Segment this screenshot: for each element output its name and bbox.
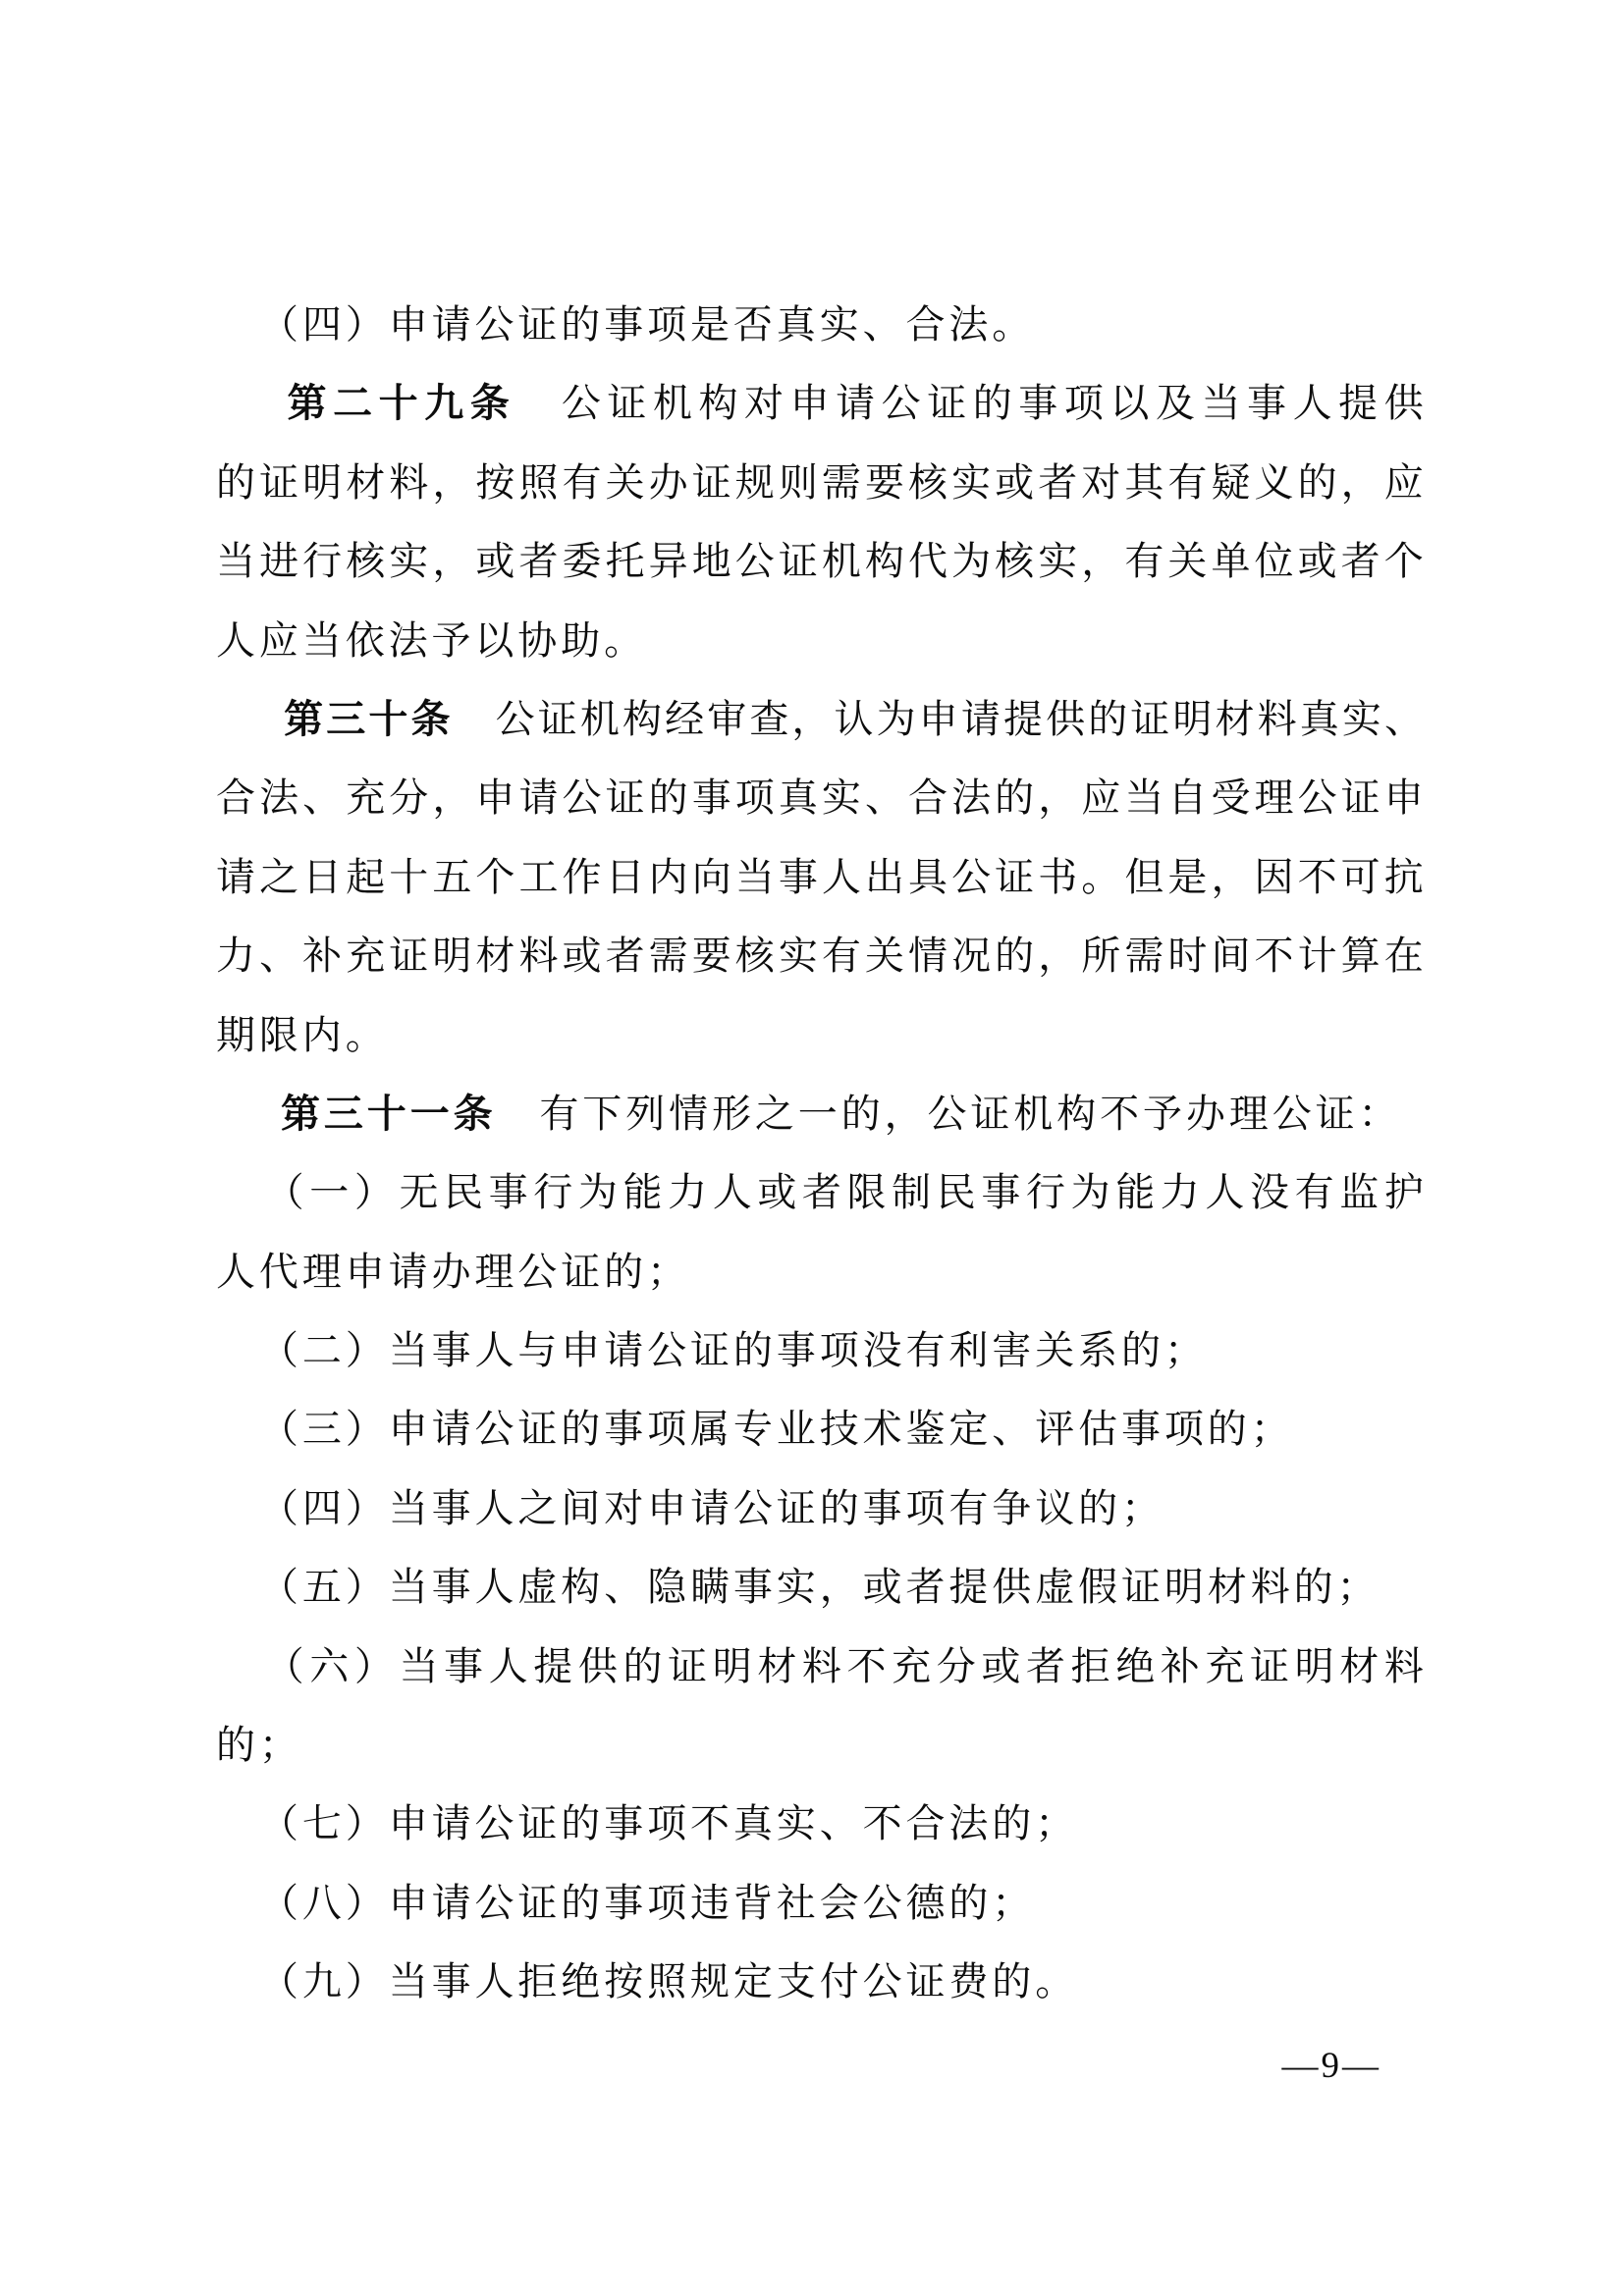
body-char: 或 [563, 917, 602, 995]
text-line: （八）申请公证的事项违背社会公德的； [216, 1864, 1424, 1943]
body-char: 者 [1026, 1628, 1065, 1706]
paragraph-indent [216, 1126, 281, 1127]
body-char: 关 [865, 917, 904, 995]
body-char: 构 [698, 364, 737, 443]
body-char: 关 [1167, 522, 1207, 601]
body-char: ， [1341, 444, 1380, 522]
body-text: 人代理申请办理公证的； [216, 1250, 690, 1294]
body-char: 行 [1026, 1153, 1065, 1232]
body-char: 补 [302, 917, 342, 995]
body-char: 证 [1341, 759, 1380, 837]
body-char: 五 [432, 838, 471, 917]
body-char: 公 [563, 759, 602, 837]
body-char [515, 364, 555, 443]
body-char: 分 [389, 759, 428, 837]
body-char: ） [354, 1628, 394, 1706]
body-text: 的； [216, 1723, 302, 1767]
body-text: （五）当事人虚构、隐瞒事实，或者提供虚假证明材料的； [259, 1565, 1380, 1609]
body-char: 公 [496, 680, 535, 759]
body-char: 实 [951, 444, 991, 522]
body-char: 合 [908, 759, 947, 837]
paragraph-indent [216, 337, 259, 338]
body-char: 理 [1255, 759, 1294, 837]
body-char: 异 [649, 522, 688, 601]
body-char: 自 [1167, 759, 1207, 837]
body-char: 明 [1295, 1628, 1334, 1706]
body-char: 但 [1124, 838, 1164, 917]
body-char: 则 [779, 444, 818, 522]
body-char: 公 [1298, 759, 1337, 837]
body-char: 或 [981, 1628, 1020, 1706]
body-char: 有 [1167, 444, 1207, 522]
body-char: 作 [563, 838, 602, 917]
paragraph-indent [216, 1599, 259, 1600]
body-char: ， [791, 680, 831, 759]
body-char: 材 [346, 444, 385, 522]
text-line: （五）当事人虚构、隐瞒事实，或者提供虚假证明材料的； [216, 1548, 1424, 1627]
body-char: 证 [1130, 680, 1169, 759]
body-char: 力 [1161, 1153, 1200, 1232]
body-char: 工 [518, 838, 558, 917]
body-char: 法 [951, 759, 991, 837]
body-char: 护 [1384, 1153, 1424, 1232]
text-line: （四）申请公证的事项是否真实、合法。 [216, 286, 1424, 364]
body-char: 证 [259, 444, 298, 522]
body-char: 行 [533, 1153, 572, 1232]
body-char: 请 [518, 759, 558, 837]
body-char: 地 [692, 522, 731, 601]
body-char: 的 [623, 1628, 662, 1706]
text-line: 第三十条 公证机构经审查，认为申请提供的证明材料真实、 [216, 680, 1424, 759]
body-char: 按 [475, 444, 514, 522]
body-char: 义 [1255, 444, 1294, 522]
body-text: （四）申请公证的事项是否真实、合法。 [259, 302, 1035, 347]
body-char: 查 [749, 680, 788, 759]
body-char: 真 [779, 759, 818, 837]
body-char: 个 [1384, 522, 1424, 601]
body-char: 照 [518, 444, 558, 522]
body-char: 证 [692, 444, 731, 522]
body-char: 民 [937, 1153, 976, 1232]
body-char: 不 [1255, 917, 1294, 995]
paragraph-indent [216, 1521, 259, 1522]
body-char: 无 [399, 1153, 438, 1232]
body-char: 的 [649, 759, 688, 837]
body-char: 有 [1124, 522, 1164, 601]
body-char: 民 [444, 1153, 483, 1232]
body-char: 料 [518, 917, 558, 995]
page-number: —9— [1282, 2045, 1382, 2088]
body-char: 及 [1156, 364, 1195, 443]
body-char: 当 [1201, 364, 1240, 443]
body-char: 明 [1172, 680, 1212, 759]
text-line: 的； [216, 1706, 1424, 1785]
body-char: 实 [1038, 522, 1077, 601]
body-char: ， [1211, 838, 1250, 917]
article-number-char: 第 [284, 680, 323, 759]
body-char: 时 [1167, 917, 1207, 995]
article-number-char: 条 [470, 364, 510, 443]
body-text: 期限内。 [216, 1013, 389, 1057]
body-char: 事 [779, 838, 818, 917]
body-char: 可 [1341, 838, 1380, 917]
body-char: 充 [346, 759, 385, 837]
body-char: 分 [937, 1628, 976, 1706]
body-char: 。 [1081, 838, 1120, 917]
body-char: 请 [836, 364, 875, 443]
text-line: （三）申请公证的事项属专业技术鉴定、评估事项的； [216, 1390, 1424, 1468]
body-char: 经 [665, 680, 704, 759]
paragraph-indent [216, 1362, 259, 1363]
paragraph-indent [216, 720, 281, 721]
body-char: 认 [835, 680, 874, 759]
body-char: 办 [649, 444, 688, 522]
body-char: 证 [606, 759, 645, 837]
body-char: 构 [623, 680, 662, 759]
body-char: 的 [973, 364, 1012, 443]
body-char: 绝 [1115, 1628, 1155, 1706]
body-char: 的 [1088, 680, 1127, 759]
body-char: 在 [1384, 917, 1424, 995]
body-char: 对 [744, 364, 784, 443]
body-char: 情 [908, 917, 947, 995]
body-char: ， [1038, 917, 1077, 995]
text-line: 请之日起十五个工作日内向当事人出具公证书。但是，因不可抗 [216, 838, 1424, 917]
text-line: 合法、充分，申请公证的事项真实、合法的，应当自受理公证申 [216, 759, 1424, 837]
body-char: 当 [399, 1628, 438, 1706]
body-char: ， [432, 759, 471, 837]
body-char: 制 [892, 1153, 931, 1232]
text-line: 当进行核实，或者委托异地公证机构代为核实，有关单位或者个 [216, 522, 1424, 601]
body-text: （二）当事人与申请公证的事项没有利害关系的； [259, 1328, 1208, 1372]
body-char: 出 [865, 838, 904, 917]
paragraph-indent [216, 403, 281, 404]
body-char: 为 [1071, 1153, 1110, 1232]
body-char: 审 [707, 680, 746, 759]
body-char: 合 [216, 759, 255, 837]
text-line: 第二十九条 公证机构对申请公证的事项以及当事人提供 [216, 364, 1424, 443]
body-char: 人 [713, 1153, 752, 1232]
body-char: 委 [563, 522, 602, 601]
body-char: 者 [1341, 522, 1380, 601]
text-line: （六）当事人提供的证明材料不充分或者拒绝补充证明材料 [216, 1628, 1424, 1706]
article-number-char: 三 [326, 680, 365, 759]
body-char: 材 [1339, 1628, 1379, 1706]
document-page: （四）申请公证的事项是否真实、合法。第二十九条 公证机构对申请公证的事项以及当事… [0, 0, 1624, 2296]
body-char: 申 [475, 759, 514, 837]
body-char: 构 [865, 522, 904, 601]
body-char: 的 [995, 917, 1034, 995]
body-char: 证 [995, 838, 1034, 917]
article-number-char: 条 [410, 680, 450, 759]
body-char: 应 [1384, 444, 1424, 522]
text-block: （四）申请公证的事项是否真实、合法。第二十九条 公证机构对申请公证的事项以及当事… [216, 286, 1424, 2022]
body-char: 代 [908, 522, 947, 601]
body-char: 事 [1018, 364, 1057, 443]
body-char: 项 [735, 759, 775, 837]
body-char: 没 [1250, 1153, 1289, 1232]
body-char: （ [265, 1153, 304, 1232]
body-char: 申 [790, 364, 830, 443]
body-text: 人应当依法予以协助。 [216, 618, 647, 663]
body-char: 公 [735, 522, 775, 601]
body-char: 供 [1384, 364, 1424, 443]
body-text: （九）当事人拒绝按照规定支付公证费的。 [259, 1959, 1078, 2003]
body-char: 明 [432, 917, 471, 995]
body-char: 或 [995, 444, 1034, 522]
text-line: （七）申请公证的事项不真实、不合法的； [216, 1785, 1424, 1863]
body-char: 疑 [1211, 444, 1250, 522]
body-char: 证 [668, 1628, 707, 1706]
body-char: 公 [951, 838, 991, 917]
body-char: 充 [1205, 1628, 1244, 1706]
body-char: 明 [302, 444, 342, 522]
body-char: 向 [692, 838, 731, 917]
text-line: 人应当依法予以协助。 [216, 602, 1424, 680]
body-char: 事 [1247, 364, 1286, 443]
article-number-char: 十 [379, 364, 418, 443]
body-char: 料 [389, 444, 428, 522]
body-char: 需 [1124, 917, 1164, 995]
body-char: 是 [1167, 838, 1207, 917]
body-char: 证 [927, 364, 966, 443]
text-line: 人代理申请办理公证的； [216, 1233, 1424, 1311]
body-char: 不 [847, 1628, 887, 1706]
body-char: 事 [981, 1153, 1020, 1232]
body-char: 法 [259, 759, 298, 837]
body-char: 者 [518, 522, 558, 601]
body-char: 要 [865, 444, 904, 522]
body-char: ） [354, 1153, 394, 1232]
body-char: 算 [1341, 917, 1380, 995]
body-char: 核 [908, 444, 947, 522]
body-char: 关 [606, 444, 645, 522]
body-char: 不 [1298, 838, 1337, 917]
body-char: ， [432, 522, 471, 601]
body-char: 材 [757, 1628, 796, 1706]
body-char: 书 [1038, 838, 1077, 917]
body-char: 力 [668, 1153, 707, 1232]
paragraph-indent [216, 1666, 259, 1667]
body-char: 补 [1161, 1628, 1200, 1706]
body-char: 料 [1258, 680, 1297, 759]
body-char: 、 [865, 759, 904, 837]
body-char: 提 [533, 1628, 572, 1706]
text-line: 力、补充证明材料或者需要核实有关情况的，所需时间不计算在 [216, 917, 1424, 995]
body-char: 能 [623, 1153, 662, 1232]
body-char: 机 [822, 522, 861, 601]
text-line: 期限内。 [216, 996, 1424, 1075]
body-char: 其 [1124, 444, 1164, 522]
body-char: 进 [259, 522, 298, 601]
body-text: （八）申请公证的事项违背社会公德的； [259, 1881, 1035, 1925]
body-char: 应 [1081, 759, 1120, 837]
body-char: 、 [302, 759, 342, 837]
body-char: 实 [779, 917, 818, 995]
body-char: 证 [1250, 1628, 1289, 1706]
body-char: 申 [919, 680, 958, 759]
body-char: 核 [735, 917, 775, 995]
body-char: 要 [692, 917, 731, 995]
body-char: 日 [302, 838, 342, 917]
body-char: 供 [1046, 680, 1085, 759]
body-char: 一 [309, 1153, 349, 1232]
body-char: 力 [216, 917, 255, 995]
body-char: 人 [489, 1628, 528, 1706]
body-char: 因 [1255, 838, 1294, 917]
body-char: 机 [653, 364, 692, 443]
body-char: 请 [216, 838, 255, 917]
body-char: 需 [822, 444, 861, 522]
body-char [454, 680, 493, 759]
body-char: 证 [389, 917, 428, 995]
body-char: 行 [302, 522, 342, 601]
body-char: 所 [1081, 917, 1120, 995]
body-char: 六 [309, 1628, 349, 1706]
body-char: 实 [1342, 680, 1381, 759]
text-line: 的证明材料，按照有关办证规则需要核实或者对其有疑义的，应 [216, 444, 1424, 522]
body-char: 机 [580, 680, 620, 759]
body-char: 受 [1211, 759, 1250, 837]
body-char: 人 [1293, 364, 1332, 443]
text-line: 第三十一条 有下列情形之一的，公证机构不予办理公证： [216, 1075, 1424, 1153]
body-char: 者 [1038, 444, 1077, 522]
body-char: 日 [606, 838, 645, 917]
body-char: 间 [1211, 917, 1250, 995]
body-char: 材 [475, 917, 514, 995]
body-char: 或 [475, 522, 514, 601]
body-char: 供 [578, 1628, 618, 1706]
body-char: 有 [1295, 1153, 1334, 1232]
body-char: 内 [649, 838, 688, 917]
body-char: 为 [951, 522, 991, 601]
body-char: 真 [1300, 680, 1339, 759]
article-number-char: 第 [288, 364, 327, 443]
text-line: （一）无民事行为能力人或者限制民事行为能力人没有监护 [216, 1153, 1424, 1232]
body-char: 、 [259, 917, 298, 995]
body-char: 提 [1003, 680, 1043, 759]
body-char: 有 [822, 917, 861, 995]
body-char: 托 [606, 522, 645, 601]
article-number-char: 十 [368, 680, 407, 759]
body-char: 十 [389, 838, 428, 917]
body-char: 证 [607, 364, 646, 443]
body-char: 者 [802, 1153, 841, 1232]
body-char: 料 [802, 1628, 841, 1706]
body-char: 对 [1081, 444, 1120, 522]
body-text: （四）当事人之间对申请公证的事项有争议的； [259, 1486, 1164, 1530]
body-char: 单 [1211, 522, 1250, 601]
article-number: 第三十一条 [281, 1093, 497, 1136]
body-char: 计 [1298, 917, 1337, 995]
body-char: 当 [216, 522, 255, 601]
body-char: ， [1038, 759, 1077, 837]
paragraph-indent [216, 1441, 259, 1442]
body-char: 当 [1124, 759, 1164, 837]
paragraph-indent [216, 1193, 259, 1194]
body-char: 或 [757, 1153, 796, 1232]
body-char: 以 [1110, 364, 1149, 443]
body-char: 证 [779, 522, 818, 601]
body-char: 明 [713, 1628, 752, 1706]
body-char: 充 [892, 1628, 931, 1706]
body-char: 核 [346, 522, 385, 601]
body-char: 项 [1064, 364, 1104, 443]
body-char: 申 [1384, 759, 1424, 837]
body-char: 、 [1384, 680, 1424, 759]
body-char: 料 [1384, 1628, 1424, 1706]
body-char: 需 [649, 917, 688, 995]
body-char: 拒 [1071, 1628, 1110, 1706]
body-char: 实 [822, 759, 861, 837]
body-char: 人 [1205, 1153, 1244, 1232]
body-char: 抗 [1384, 838, 1424, 917]
body-char: 况 [951, 917, 991, 995]
body-char: 充 [346, 917, 385, 995]
body-char: 的 [1298, 444, 1337, 522]
body-char: 个 [475, 838, 514, 917]
body-char: 者 [606, 917, 645, 995]
body-char: 公 [562, 364, 601, 443]
text-line: （四）当事人之间对申请公证的事项有争议的； [216, 1469, 1424, 1548]
body-char: 规 [735, 444, 775, 522]
paragraph-indent [216, 1994, 259, 1995]
body-char: 为 [877, 680, 916, 759]
body-char: 公 [882, 364, 921, 443]
body-text: 有下列情形之一的，公证机构不予办理公证： [497, 1092, 1402, 1136]
body-char: 证 [538, 680, 577, 759]
body-char: 或 [1298, 522, 1337, 601]
body-char: 提 [1338, 364, 1378, 443]
body-char: 人 [822, 838, 861, 917]
body-char: （ [265, 1628, 304, 1706]
body-char: 材 [1216, 680, 1255, 759]
body-char: 请 [961, 680, 1001, 759]
body-text: （七）申请公证的事项不真实、不合法的； [259, 1801, 1078, 1845]
paragraph-indent [216, 1915, 259, 1916]
body-char: 事 [489, 1153, 528, 1232]
body-char: 具 [908, 838, 947, 917]
article-number-char: 二 [333, 364, 372, 443]
body-char: ， [432, 444, 471, 522]
body-char: 限 [847, 1153, 887, 1232]
body-char: ， [1081, 522, 1120, 601]
body-char: 的 [995, 759, 1034, 837]
body-char: 当 [735, 838, 775, 917]
body-char: 能 [1115, 1153, 1155, 1232]
body-char: 监 [1339, 1153, 1379, 1232]
text-line: （九）当事人拒绝按照规定支付公证费的。 [216, 1943, 1424, 2021]
body-char: 事 [444, 1628, 483, 1706]
body-text: （三）申请公证的事项属专业技术鉴定、评估事项的； [259, 1407, 1294, 1451]
body-char: 位 [1255, 522, 1294, 601]
paragraph-indent [216, 1836, 259, 1837]
body-char: 核 [995, 522, 1034, 601]
text-line: （二）当事人与申请公证的事项没有利害关系的； [216, 1311, 1424, 1390]
body-char: 之 [259, 838, 298, 917]
body-char: 有 [563, 444, 602, 522]
body-char: 事 [692, 759, 731, 837]
body-char: 实 [389, 522, 428, 601]
body-char: 的 [216, 444, 255, 522]
article-number-char: 九 [424, 364, 463, 443]
body-char: 起 [346, 838, 385, 917]
body-char: 为 [578, 1153, 618, 1232]
